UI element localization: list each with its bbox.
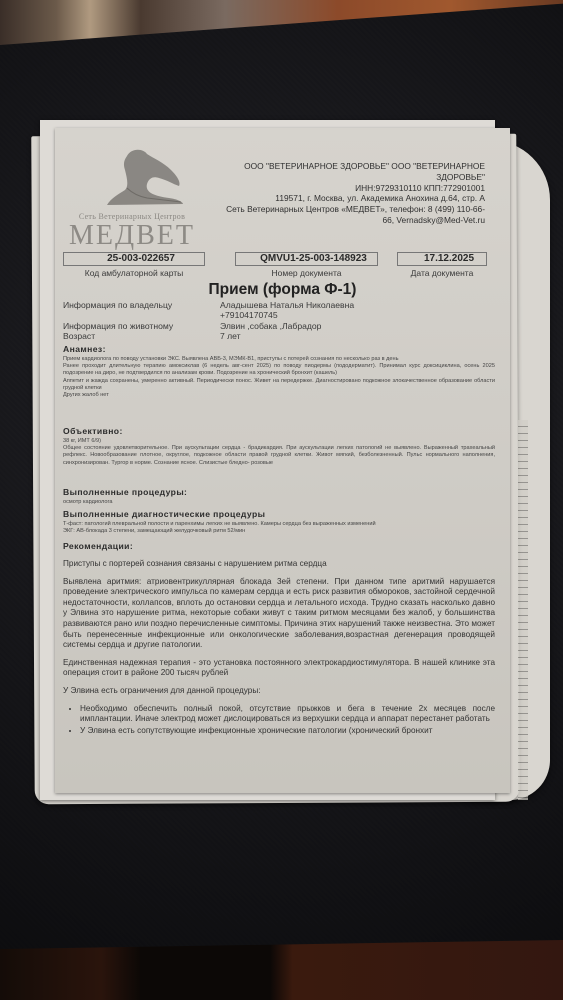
anamnesis-line: Аппетит и жажда сохранены, умеренно акти… [63,378,495,392]
animal-value: Элвин ,собака ,Лабрадор [220,321,321,331]
objective-section: Объективно: 38 кг, ИМТ 6/9) Общее состоя… [63,426,495,467]
background-object-top [0,0,563,45]
doc-number-field: QMVU1-25-003-148923 Номер документа [235,252,378,278]
age-label: Возраст [63,331,220,341]
anamnesis-heading: Анамнез: [63,344,495,354]
recommendations-section: Рекомендации: Приступы с портерей сознан… [63,541,495,737]
recommendations-heading: Рекомендации: [63,541,495,551]
procedures-heading: Выполненные процедуры: [63,487,495,497]
doc-date-label: Дата документа [397,268,487,278]
restriction-item: У Элвина есть сопутствующие инфекционные… [80,726,495,737]
procedures-text: осмотр кардиолога [63,499,495,506]
doc-number-label: Номер документа [235,268,378,278]
recommendation-paragraph: Выявлена аритмия: атриовентрикуллярная б… [63,577,495,651]
recommendation-paragraph: У Элвина есть ограничения для данной про… [63,686,495,697]
doc-date-field: 17.12.2025 Дата документа [397,252,487,278]
card-code-label: Код амбулаторной карты [63,268,205,278]
doc-number-value: QMVU1-25-003-148923 [235,252,378,266]
patient-info: Информация по владельцу Аладышева Наталь… [63,300,503,342]
document-title: Прием (форма Ф-1) [55,281,510,299]
org-line: 119571, г. Москва, ул. Академика Анохина… [185,193,485,204]
procedures-section: Выполненные процедуры: осмотр кардиолога [63,487,495,506]
card-code-value: 25-003-022657 [63,252,205,266]
anamnesis-line: Ранее проходит длительную терапию амокси… [63,363,495,377]
org-line: 66, Vernadsky@Med-Vet.ru [185,215,485,226]
recommendation-paragraph: Единственная надежная терапия - это уста… [63,658,495,679]
restriction-item: Необходимо обеспечить полный покой, отсу… [80,704,495,725]
animal-label: Информация по животному [63,321,220,331]
age-value: 7 лет [220,331,241,341]
card-code-field: 25-003-022657 Код амбулаторной карты [63,252,205,278]
doc-date-value: 17.12.2025 [397,252,487,266]
diagnostics-line: ЭКГ: АВ-блокада 3 степени, замещающий же… [63,528,495,535]
paper-edge-markings [518,420,528,800]
org-line: ИНН:9729310110 КПП:772901001 [185,183,485,194]
document-page: Сеть Ветеринарных Центров МЕДВЕТ ООО "ВЕ… [55,128,510,793]
org-line: ЗДОРОВЬЕ" [185,172,485,183]
restrictions-list: Необходимо обеспечить полный покой, отсу… [63,704,495,737]
dog-silhouette-icon [97,148,187,210]
objective-line: Общее состояние удовлетворительное. При … [63,445,495,467]
org-line: Сеть Ветеринарных Центров «МЕДВЕТ», теле… [185,204,485,215]
org-line: ООО "ВЕТЕРИНАРНОЕ ЗДОРОВЬЕ" ООО "ВЕТЕРИН… [185,161,485,172]
diagnostics-section: Выполненные диагностические процедуры Т-… [63,509,495,535]
anamnesis-line: Прием кардиолога по поводу установки ЭКС… [63,356,495,363]
objective-heading: Объективно: [63,426,495,436]
recommendation-paragraph: Приступы с портерей сознания связаны с н… [63,559,495,570]
anamnesis-line: Других жалоб нет [63,392,495,399]
background-object-bottom [0,940,563,1000]
diagnostics-heading: Выполненные диагностические процедуры [63,509,495,519]
organization-details: ООО "ВЕТЕРИНАРНОЕ ЗДОРОВЬЕ" ООО "ВЕТЕРИН… [185,161,485,226]
owner-name: Аладышева Наталья Николаевна [220,300,354,310]
owner-phone: +79104170745 [220,310,278,320]
anamnesis-section: Анамнез: Прием кардиолога по поводу уста… [63,344,495,399]
owner-label: Информация по владельцу [63,300,220,310]
document-fields: 25-003-022657 Код амбулаторной карты QMV… [55,252,510,282]
